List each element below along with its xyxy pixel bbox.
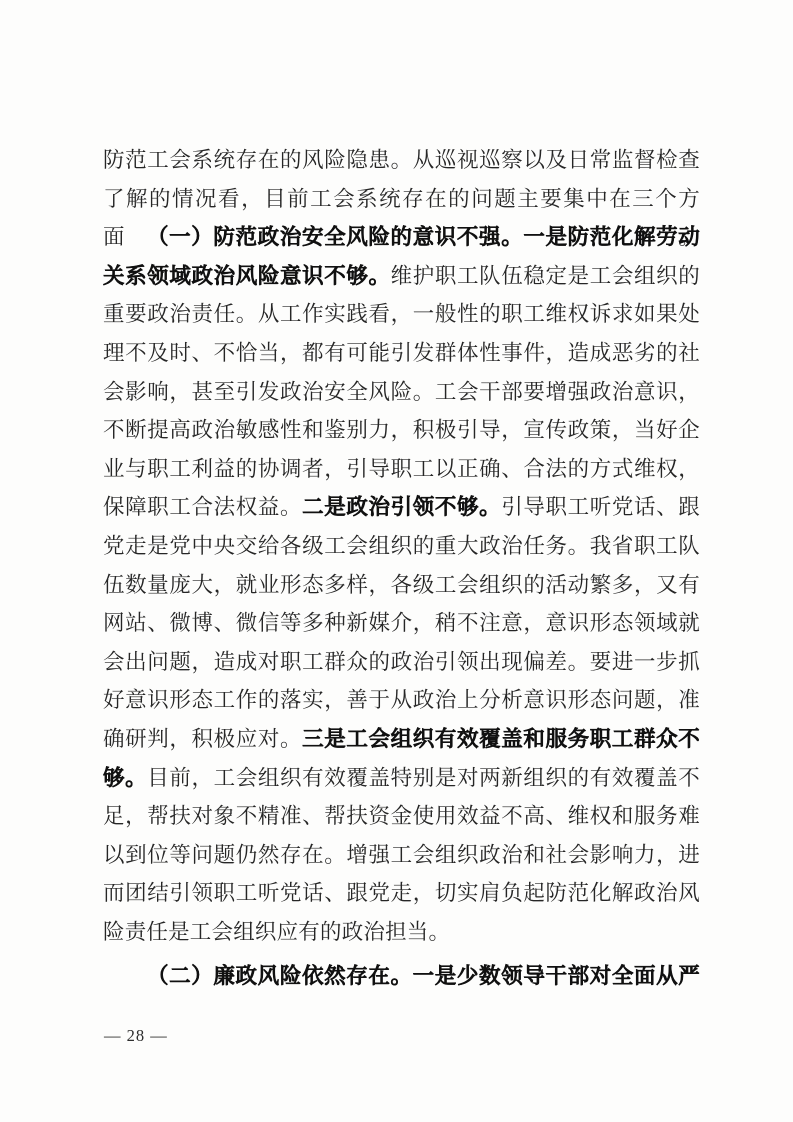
- bold-text-run: （一）防范政治安全风险的意识不强。一是防范化解劳动: [147, 225, 700, 249]
- page-number: — 28 —: [104, 1026, 168, 1046]
- text-run: 目前，工会组织有效覆盖特别是对两新组织的有效覆盖不: [147, 766, 700, 790]
- text-line: 好意识形态工作的落实，善于从政治上分析意识形态问题，准: [103, 681, 700, 720]
- text-line: 会出问题，造成对职工群众的政治引领出现偏差。要进一步抓: [103, 643, 700, 682]
- text-run: 确研判，积极应对。: [103, 727, 302, 751]
- text-run: 好意识形态工作的落实，善于从政治上分析意识形态问题，准: [103, 688, 700, 712]
- text-line: 险责任是工会组织应有的政治担当。: [103, 913, 700, 952]
- text-line: 了解的情况看，目前工会系统存在的问题主要集中在三个方面。: [103, 180, 700, 219]
- bold-text-run: （二）廉政风险依然存在。一是少数领导干部对全面从严: [147, 964, 700, 988]
- text-run: 伍数量庞大，就业形态多样，各级工会组织的活动繁多，又有: [103, 573, 700, 597]
- text-run: 维护职工队伍稳定是工会组织的: [391, 264, 700, 288]
- text-line: 防范工会系统存在的风险隐患。从巡视巡察以及日常监督检查: [103, 141, 700, 180]
- text-line: 业与职工利益的协调者，引导职工以正确、合法的方式维权，: [103, 450, 700, 489]
- text-line: 网站、微博、微信等多种新媒介，稍不注意，意识形态领域就: [103, 604, 700, 643]
- text-run: 而团结引领职工听党话、跟党走，切实肩负起防范化解政治风: [103, 881, 700, 905]
- text-run: 网站、微博、微信等多种新媒介，稍不注意，意识形态领域就: [103, 611, 700, 635]
- text-line: （一）防范政治安全风险的意识不强。一是防范化解劳动: [103, 218, 700, 257]
- text-line: 不断提高政治敏感性和鉴别力，积极引导，宣传政策，当好企: [103, 411, 700, 450]
- text-run: 险责任是工会组织应有的政治担当。: [103, 920, 450, 944]
- text-line: 以到位等问题仍然存在。增强工会组织政治和社会影响力，进: [103, 836, 700, 875]
- document-page: 防范工会系统存在的风险隐患。从巡视巡察以及日常监督检查了解的情况看，目前工会系统…: [0, 0, 793, 1122]
- text-line: 理不及时、不恰当，都有可能引发群体性事件，造成恶劣的社: [103, 334, 700, 373]
- text-run: 会影响，甚至引发政治安全风险。工会干部要增强政治意识，: [103, 380, 700, 404]
- text-line: 够。目前，工会组织有效覆盖特别是对两新组织的有效覆盖不: [103, 759, 700, 798]
- text-run: 会出问题，造成对职工群众的政治引领出现偏差。要进一步抓: [103, 650, 700, 674]
- text-line: 保障职工合法权益。二是政治引领不够。引导职工听党话、跟: [103, 488, 700, 527]
- text-run: 引导职工听党话、跟: [501, 495, 700, 519]
- text-run: 重要政治责任。从工作实践看，一般性的职工维权诉求如果处: [103, 302, 700, 326]
- text-run: 以到位等问题仍然存在。增强工会组织政治和社会影响力，进: [103, 843, 700, 867]
- text-run: 业与职工利益的协调者，引导职工以正确、合法的方式维权，: [103, 457, 700, 481]
- text-run: 足，帮扶对象不精准、帮扶资金使用效益不高、维权和服务难: [103, 804, 700, 828]
- text-line: 而团结引领职工听党话、跟党走，切实肩负起防范化解政治风: [103, 874, 700, 913]
- bold-text-run: 够。: [103, 766, 147, 790]
- text-run: 理不及时、不恰当，都有可能引发群体性事件，造成恶劣的社: [103, 341, 700, 365]
- document-body: 防范工会系统存在的风险隐患。从巡视巡察以及日常监督检查了解的情况看，目前工会系统…: [103, 141, 700, 996]
- text-line: （二）廉政风险依然存在。一是少数领导干部对全面从严: [103, 957, 700, 996]
- text-line: 会影响，甚至引发政治安全风险。工会干部要增强政治意识，: [103, 373, 700, 412]
- bold-text-run: 关系领域政治风险意识不够。: [103, 264, 391, 288]
- text-line: 关系领域政治风险意识不够。维护职工队伍稳定是工会组织的: [103, 257, 700, 296]
- text-line: 伍数量庞大，就业形态多样，各级工会组织的活动繁多，又有: [103, 566, 700, 605]
- text-run: 不断提高政治敏感性和鉴别力，积极引导，宣传政策，当好企: [103, 418, 700, 442]
- text-line: 确研判，积极应对。三是工会组织有效覆盖和服务职工群众不: [103, 720, 700, 759]
- text-run: 防范工会系统存在的风险隐患。从巡视巡察以及日常监督检查: [103, 148, 700, 172]
- text-line: 党走是党中央交给各级工会组织的重大政治任务。我省职工队: [103, 527, 700, 566]
- bold-text-run: 三是工会组织有效覆盖和服务职工群众不: [302, 727, 700, 751]
- bold-text-run: 二是政治引领不够。: [302, 495, 501, 519]
- text-run: 保障职工合法权益。: [103, 495, 302, 519]
- text-run: 党走是党中央交给各级工会组织的重大政治任务。我省职工队: [103, 534, 700, 558]
- text-line: 重要政治责任。从工作实践看，一般性的职工维权诉求如果处: [103, 295, 700, 334]
- text-line: 足，帮扶对象不精准、帮扶资金使用效益不高、维权和服务难: [103, 797, 700, 836]
